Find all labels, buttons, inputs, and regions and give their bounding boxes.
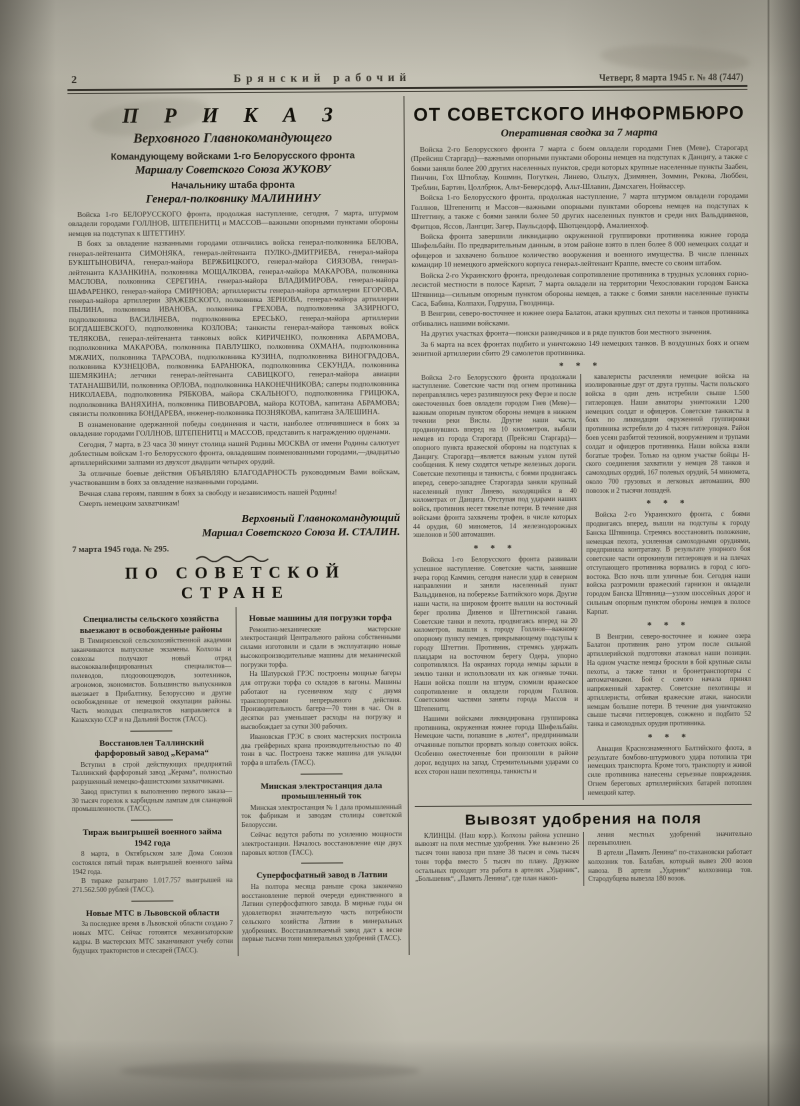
paragraph: 8 марта, в Октябрьском зале Дома Союзов … — [72, 850, 233, 877]
prikaz-addressee-line: Маршалу Советского Союза ЖУКОВУ — [68, 163, 398, 177]
issue-dateline: Четверг, 8 марта 1945 г. № 48 (7447) — [513, 72, 743, 83]
article-divider — [132, 900, 174, 901]
paragraph: На Шатурской ГРЭС построены мощные багер… — [240, 670, 401, 732]
article-heading: Специалисты сельского хозяйства выезжают… — [75, 613, 228, 635]
informbyuro-columns: Войска 2-го Белорусского фронта продолжа… — [412, 373, 752, 801]
po-strane-title: ПО СОВЕТСКОЙ СТРАНЕ — [70, 562, 400, 604]
article-heading: Восстановлен Таллинский фарфоровый завод… — [75, 737, 228, 759]
paragraph: В артели „Память Ленина“ по-стахановски … — [588, 849, 752, 885]
article-heading: Новые машины для погрузки торфа — [244, 612, 397, 623]
paragraph: Сегодня, 7 марта, в 23 часа 30 минут сто… — [70, 438, 400, 468]
paragraph: Войска фронта завершили ликвидацию окруж… — [411, 230, 748, 270]
paragraph: Войска 2-го Украинского фронта, преодоле… — [412, 269, 749, 309]
informbyuro-subtitle: Оперативная сводка за 7 марта — [411, 126, 748, 140]
article-divider — [301, 863, 343, 864]
stars-divider: * * * — [587, 732, 751, 743]
prikaz-addressee-line: Начальнику штаба фронта — [68, 179, 398, 191]
paragraph: Авиация Краснознаменного Балтийского фло… — [587, 745, 751, 799]
prikaz-date-number: 7 марта 1945 года. № 295. — [72, 542, 400, 554]
column-rule — [580, 374, 584, 800]
article-divider — [131, 730, 173, 731]
informbyuro-lead: Войска 2-го Белорусского фронта 7 марта … — [411, 143, 749, 372]
article-heading: Минская электростанция дала промышленный… — [245, 780, 398, 802]
newspaper-scan: 2 Брянский рабочий Четверг, 8 марта 1945… — [0, 0, 800, 1106]
informbyuro-right-column: кавалеристы расчленяли немецкие войска н… — [585, 373, 752, 800]
prikaz-signature: Верховный Главнокомандующий Маршал Совет… — [70, 511, 400, 542]
paragraph: Войска 1-го Белорусского фронта, продолж… — [411, 191, 748, 231]
paragraph: Войска 2-го Белорусского фронта 7 марта … — [411, 143, 748, 192]
column-rule — [235, 607, 238, 956]
po-strane-right-column: Новые машины для погрузки торфаРемонтно-… — [240, 606, 403, 956]
page-content: 2 Брянский рабочий Четверг, 8 марта 1945… — [67, 70, 752, 957]
article-heading: Суперфосфатный завод в Латвии — [246, 869, 399, 880]
column-rule — [583, 831, 584, 886]
stars-divider: * * * — [586, 498, 750, 509]
udobreniya-article: Вывозят удобрения на поля КЛИНЦЫ. (Наш к… — [415, 803, 752, 887]
prikaz-addressee-line: Командующему войсками 1-го Белорусского … — [68, 150, 398, 162]
article-divider — [131, 820, 173, 821]
stars-divider: * * * — [587, 619, 751, 630]
informbyuro-left-column: Войска 2-го Белорусского фронта продолжа… — [412, 374, 579, 801]
prikaz-subtitle: Верховного Главнокомандующего — [68, 129, 398, 147]
paragraph: кавалеристы расчленяли немецкие войска н… — [585, 373, 750, 497]
paragraph: На полтора месяца раньше срока закончено… — [242, 883, 403, 945]
paragraph: В ознаменование одержанной победы соедин… — [69, 418, 399, 439]
informbyuro-title: ОТ СОВЕТСКОГО ИНФОРМБЮРО — [410, 102, 747, 126]
paragraph: В боях за овладение названными городами … — [68, 237, 399, 418]
prikaz-addressee-line: Генерал-полковнику МАЛИНИНУ — [68, 192, 398, 206]
main-columns: П Р И К А З Верховного Главнокомандующег… — [67, 94, 752, 957]
paragraph: Смерть немецким захватчикам! — [70, 497, 400, 508]
paragraph: КЛИНЦЫ. (Наш корр.). Колхозы района успе… — [415, 832, 579, 886]
paragraph: Минская электростанция № 1 дала промышле… — [241, 804, 402, 831]
paragraph: В Венгрии, северо-восточнее и южнее озер… — [412, 307, 749, 328]
article-heading: Новые МТС в Львовской области — [76, 907, 229, 918]
paragraph: Войска 2-го Белорусского фронта продолжа… — [412, 374, 577, 542]
paragraph: За последнее время в Львовской области с… — [72, 920, 233, 956]
paragraph: Вечная слава героям, павшим в боях за св… — [70, 487, 400, 498]
paragraph: Войска 2-го Украинского фронта, с боями … — [586, 511, 751, 617]
paragraph: За 6 марта на всех фронтах подбито и уни… — [412, 338, 749, 359]
paragraph: В тираже разыграно 1.017.757 выигрышей н… — [72, 877, 233, 896]
main-column-rule — [403, 96, 409, 955]
paragraph: В Тимирязевской сельскохозяйственной ака… — [71, 637, 232, 726]
article-divider — [300, 773, 342, 774]
udobreniya-left-column: КЛИНЦЫ. (Наш корр.). Колхозы района успе… — [415, 832, 579, 888]
udobreniya-title: Вывозят удобрения на поля — [415, 809, 752, 828]
paragraph: Завод приступил к выполнению первого зак… — [72, 788, 233, 815]
stars-divider: * * * — [413, 543, 577, 554]
paragraph: Ремонтно-механические мастерские электро… — [240, 626, 401, 671]
prikaz-title: П Р И К А З — [67, 102, 397, 129]
paragraph: Вступил в строй действующих предприятий … — [72, 761, 233, 788]
stars-divider: * * * — [412, 360, 749, 372]
paragraph: Войска 1-го Белорусского фронта развивал… — [413, 556, 578, 715]
po-strane-columns: Специалисты сельского хозяйства выезжают… — [71, 606, 403, 957]
article-heading: Тираж выигрышей военного займа 1942 года — [76, 826, 229, 848]
paragraph: В Венгрии, северо-восточнее и южнее озер… — [587, 632, 752, 729]
paragraph: ления местных удобрений значительно пере… — [588, 830, 752, 849]
udobreniya-columns: КЛИНЦЫ. (Наш корр.). Колхозы района успе… — [415, 830, 752, 887]
signature-line: Маршал Советского Союза И. СТАЛИН. — [70, 525, 400, 541]
paragraph: За отличные боевые действия ОБЪЯВЛЯЮ БЛА… — [70, 467, 400, 488]
udobreniya-right-column: ления местных удобрений значительно пере… — [588, 830, 752, 886]
column-prikaz: П Р И К А З Верховного Главнокомандующег… — [67, 96, 402, 957]
paragraph: Ивановская ГРЭС в своих мастерских постр… — [241, 733, 402, 769]
prikaz-body: Войска 1-го БЕЛОРУССКОГО фронта, продолж… — [68, 208, 400, 509]
squiggle-divider — [195, 555, 275, 562]
paragraph: Сейчас ведутся работы по усилению мощнос… — [241, 831, 402, 858]
masthead-title: Брянский рабочий — [131, 71, 513, 85]
po-strane-left-column: Специалисты сельского хозяйства выезжают… — [71, 607, 234, 957]
column-informbyuro: ОТ СОВЕТСКОГО ИНФОРМБЮРО Оперативная сво… — [410, 94, 752, 955]
page-number: 2 — [71, 74, 131, 86]
ink-smudge — [120, 1062, 420, 1080]
paper-fold-line — [767, 0, 770, 1106]
paragraph: Войска 1-го БЕЛОРУССКОГО фронта, продолж… — [68, 208, 398, 238]
paragraph: Нашими войсками ликвидирована группировк… — [414, 715, 578, 777]
